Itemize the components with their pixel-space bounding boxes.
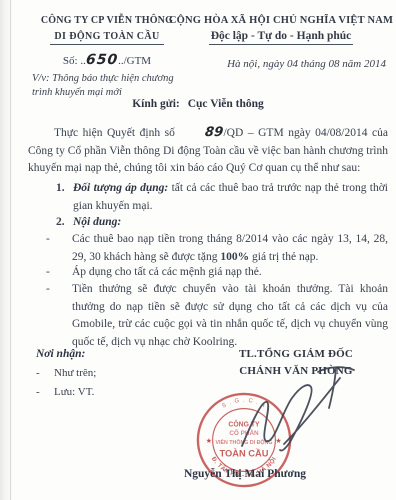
handwritten-ref-number: 650 [85,52,119,68]
bullet-3: - Tiền thưởng sẽ được chuyển vào tài kho… [46,281,388,351]
dateline: Hà nội, ngày 04 tháng 08 năm 2014 [168,58,394,70]
item2-lead: Nội dung: [73,216,121,228]
recipient-label: Kính gửi: [132,98,179,110]
recipient-line: Kính gửi:Cục Viễn thông [0,98,396,110]
bullet-1: - Các thuê bao nạp tiền trong tháng 8/20… [46,231,388,266]
bullet-2: - Áp dụng cho tất cả các mệnh giá nạp th… [46,264,388,282]
national-motto-line2: Độc lập - Tự do - Hạnh phúc [209,29,354,45]
noi-nhan-item-1: -Như trên; [36,367,186,379]
noi-nhan-label: Nơi nhận: [36,348,186,360]
item1-lead: Đối tượng áp dụng: [73,182,168,194]
company-name-line1: CÔNG TY CP VIỄN THÔNG [24,15,190,26]
national-header-block: CỘNG HÒA XÃ HỘI CHỦ NGHĨA VIỆT NAM Độc l… [168,15,394,70]
ref-prefix: Số: .. [63,55,86,67]
numbered-item-2: 2. Nội dung: [56,214,388,232]
subject-line: V/v: Thông báo thực hiện chương trình kh… [24,72,190,100]
opening-paragraph: Thực hiện Quyết định số 89/QD – GTM ngày… [28,124,388,178]
stamp-star-left: ★ [206,437,212,445]
handwritten-signature [232,358,362,463]
noi-nhan-item-2: -Lưu: VT. [36,386,186,398]
reference-number-line: Số: ..650../GTM [24,52,190,68]
signer-name: Nguyễn Thị Mai Phương [145,468,345,480]
recipients-footer-block: Nơi nhận: -Như trên; -Lưu: VT. [36,348,186,398]
handwritten-decision-number: 89 [178,124,224,142]
sender-header-block: CÔNG TY CP VIỄN THÔNG DI ĐỘNG TOÀN CẦU S… [24,15,190,100]
scan-edge-artifact [10,0,11,500]
signature-icon [232,358,362,463]
numbered-item-1: 1. Đối tượng áp dụng: tất cả các thuê ba… [56,180,388,215]
national-motto-line1: CỘNG HÒA XÃ HỘI CHỦ NGHĨA VIỆT NAM [168,15,394,26]
company-name-line2: DI ĐỘNG TOÀN CẦU [50,31,163,45]
ref-suffix: ../GTM [118,55,151,67]
bonus-percentage: 100% [220,251,249,263]
recipient-name: Cục Viễn thông [188,98,264,110]
